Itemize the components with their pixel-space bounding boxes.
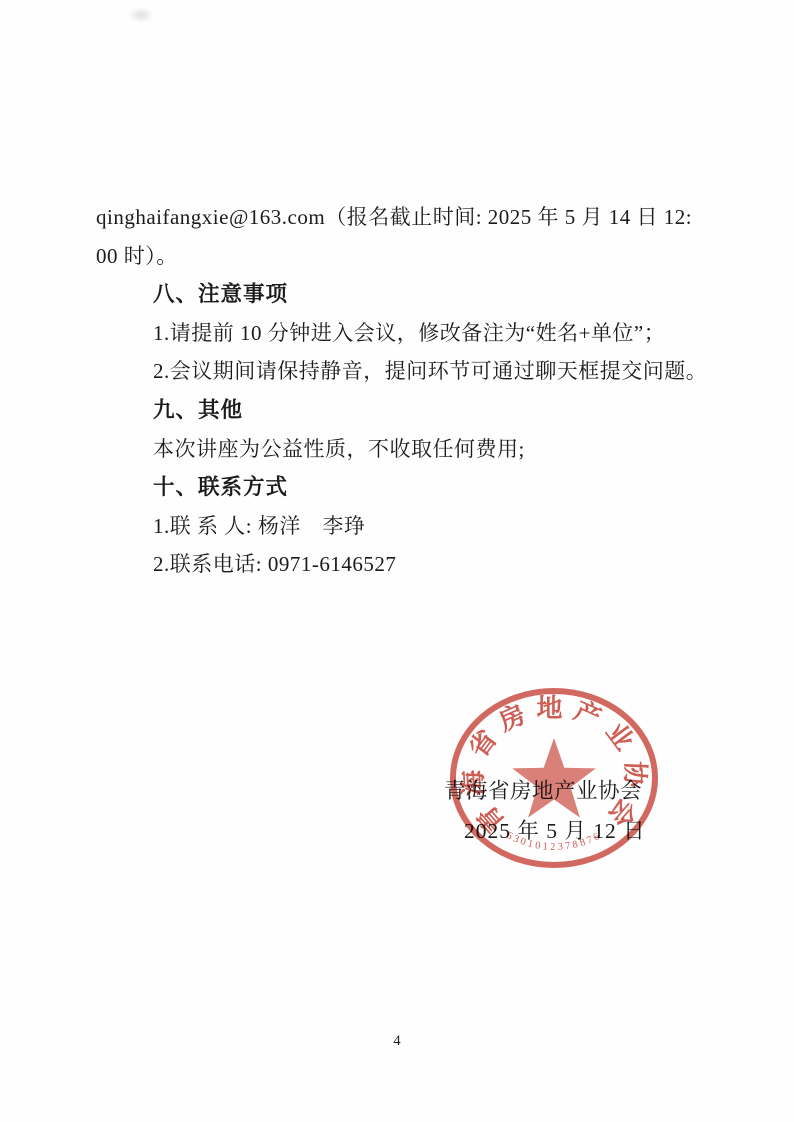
document-body: qinghaifangxie@163.com（报名截止时间: 2025 年 5 … <box>96 198 708 584</box>
scan-artifact <box>128 7 154 23</box>
paragraph-line: 00 时）。 <box>96 237 708 276</box>
list-item: 1.请提前 10 分钟进入会议，修改备注为“姓名+单位”； <box>96 314 708 353</box>
list-item: 2.会议期间请保持静音，提问环节可通过聊天框提交问题。 <box>96 352 708 391</box>
list-item: 2.联系电话: 0971-6146527 <box>96 545 708 584</box>
list-item: 1.联 系 人: 杨洋 李琤 <box>96 507 708 546</box>
paragraph-line: qinghaifangxie@163.com（报名截止时间: 2025 年 5 … <box>96 198 708 237</box>
paragraph-line: 本次讲座为公益性质，不收取任何费用; <box>96 430 708 469</box>
section-heading: 十、联系方式 <box>96 468 708 507</box>
signature-org: 青海省房地产业协会 <box>444 774 642 805</box>
signature-date: 2025 年 5 月 12 日 <box>464 814 646 845</box>
section-heading: 八、注意事项 <box>96 275 708 314</box>
document-page: qinghaifangxie@163.com（报名截止时间: 2025 年 5 … <box>0 0 794 1122</box>
section-heading: 九、其他 <box>96 391 708 430</box>
page-number: 4 <box>0 1033 794 1050</box>
